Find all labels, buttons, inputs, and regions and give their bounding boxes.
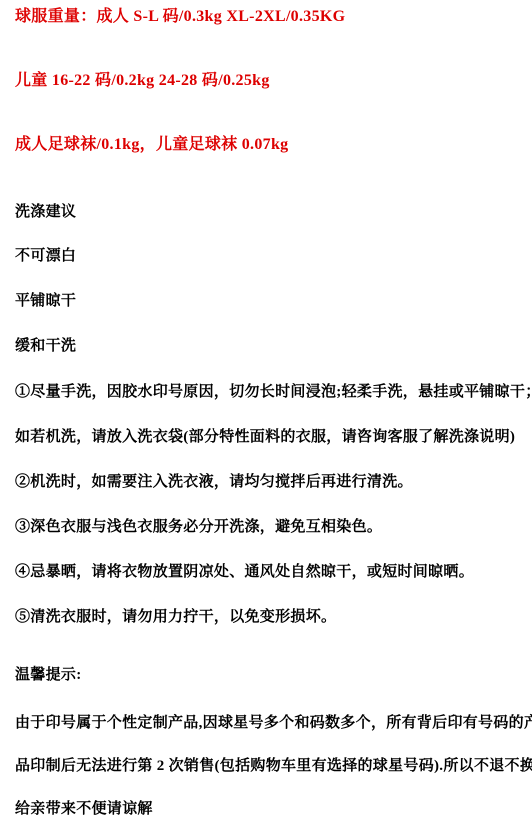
washing-advice-title: 洗涤建议 bbox=[15, 203, 520, 221]
washing-instruction-4: ④忌暴晒，请将衣物放置阴凉处、通风处自然晾干，或短时间晾晒。 bbox=[15, 563, 520, 581]
care-line-gentle-dryclean: 缓和干洗 bbox=[15, 337, 520, 355]
product-description-page: 球服重量：成人 S-L 码/0.3kg XL-2XL/0.35KG 儿童 16-… bbox=[0, 0, 532, 821]
weight-line-adult: 球服重量：成人 S-L 码/0.3kg XL-2XL/0.35KG bbox=[15, 8, 520, 26]
washing-instruction-5: ⑤清洗衣服时，请勿用力拧干，以免变形损坏。 bbox=[15, 608, 520, 626]
friendly-notice-title: 温馨提示: bbox=[15, 666, 520, 684]
washing-instruction-1b: 如若机洗，请放入洗衣袋(部分特性面料的衣服，请咨询客服了解洗涤说明) bbox=[15, 428, 520, 446]
care-line-no-bleach: 不可漂白 bbox=[15, 247, 520, 265]
weight-line-socks: 成人足球袜/0.1kg，儿童足球袜 0.07kg bbox=[15, 136, 520, 154]
washing-instruction-3: ③深色衣服与浅色衣服务必分开洗涤，避免互相染色。 bbox=[15, 518, 520, 536]
notice-line-3: 给亲带来不便请谅解 bbox=[15, 800, 520, 818]
washing-instruction-1a: ①尽量手洗，因胶水印号原因，切勿长时间浸泡;轻柔手洗，悬挂或平铺晾干； bbox=[15, 383, 520, 401]
care-line-flat-dry: 平铺晾干 bbox=[15, 292, 520, 310]
notice-line-2: 品印制后无法进行第 2 次销售(包括购物车里有选择的球星号码).所以不退不换， bbox=[15, 757, 520, 775]
weight-line-kids: 儿童 16-22 码/0.2kg 24-28 码/0.25kg bbox=[15, 72, 520, 90]
notice-line-1: 由于印号属于个性定制产品,因球星号多个和码数多个，所有背后印有号码的产 bbox=[15, 714, 520, 732]
washing-instruction-2: ②机洗时，如需要注入洗衣液，请均匀搅拌后再进行清洗。 bbox=[15, 473, 520, 491]
